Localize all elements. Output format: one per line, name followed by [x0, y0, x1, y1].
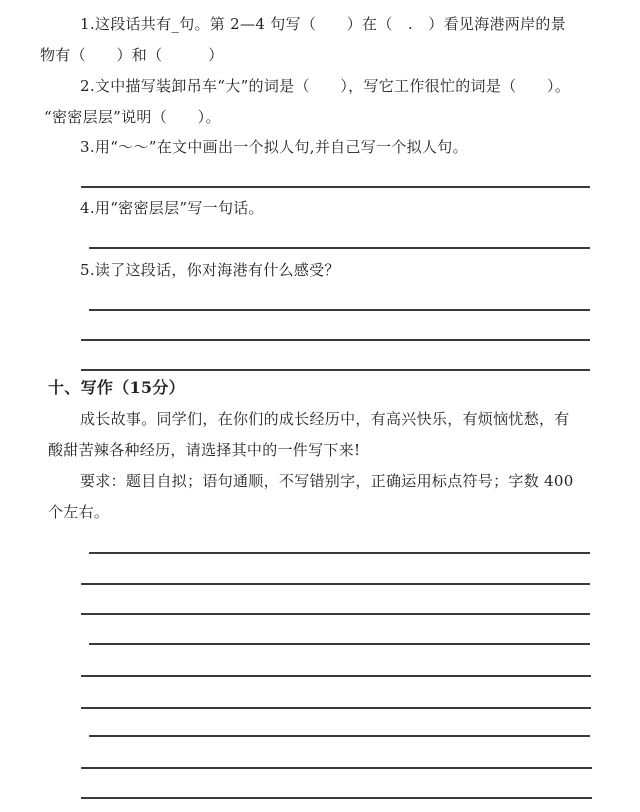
- answer-line-q5-3[interactable]: [81, 369, 590, 371]
- essay-line-5[interactable]: [81, 675, 591, 677]
- writing-prompt-line-2: 酸甜苦辣各种经历，请选择其中的一件写下来!: [48, 440, 360, 460]
- essay-line-8[interactable]: [81, 767, 592, 769]
- question-5: 5.读了这段话，你对海港有什么感受？: [80, 260, 340, 280]
- writing-prompt-line-1: 成长故事。同学们，在你们的成长经历中，有高兴快乐，有烦恼忧愁，有: [80, 409, 570, 429]
- writing-requirements-line-2: 个左右。: [48, 502, 109, 522]
- question-2-line-2: “密密层层”说明（ ）。: [44, 107, 221, 127]
- question-1-line-1: 1.这段话共有_句。第 2—4 句写（ ）在（ . ）看见海港两岸的景: [80, 14, 566, 34]
- answer-line-q4[interactable]: [89, 247, 590, 249]
- answer-line-q5-2[interactable]: [81, 339, 590, 341]
- question-1-line-2: 物有（ ）和（ ）: [40, 45, 224, 65]
- question-3: 3.用“～～”在文中画出一个拟人句,并自己写一个拟人句。: [80, 137, 468, 157]
- question-2-line-1: 2.文中描写装卸吊车“大”的词是（ ），写它工作很忙的词是（ ）。: [80, 76, 570, 96]
- section-heading-writing: 十、写作（15分）: [48, 378, 185, 398]
- essay-line-9[interactable]: [81, 797, 592, 799]
- answer-line-q3[interactable]: [81, 186, 590, 188]
- question-4: 4.用“密密层层”写一句话。: [80, 198, 264, 218]
- essay-line-6[interactable]: [81, 707, 591, 709]
- essay-line-7[interactable]: [89, 735, 590, 737]
- essay-line-3[interactable]: [81, 613, 590, 615]
- answer-line-q5-1[interactable]: [89, 309, 590, 311]
- essay-line-2[interactable]: [81, 583, 590, 585]
- essay-line-1[interactable]: [89, 552, 590, 554]
- writing-requirements-line-1: 要求：题目自拟；语句通顺，不写错别字，正确运用标点符号；字数 400: [80, 471, 574, 491]
- essay-line-4[interactable]: [89, 643, 590, 645]
